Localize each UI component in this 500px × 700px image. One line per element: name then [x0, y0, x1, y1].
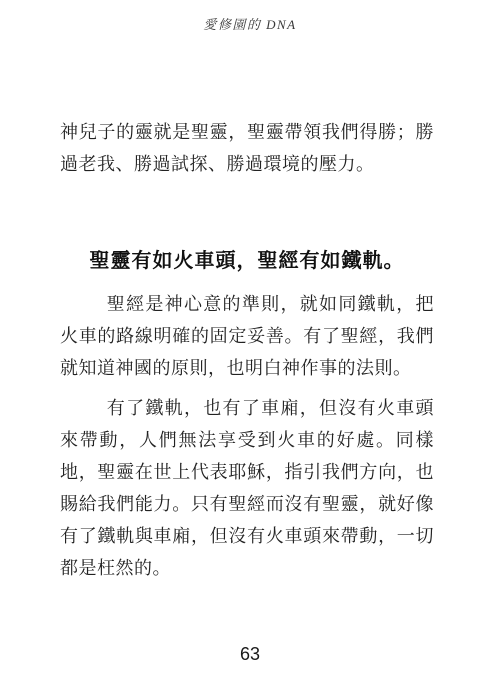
opening-paragraph: 神兒子的靈就是聖靈，聖靈帶領我們得勝；勝過老我、勝過試探、勝過環境的壓力。 — [60, 116, 434, 180]
section-heading: 聖靈有如火車頭，聖經有如鐵軌。 — [60, 244, 434, 278]
book-page: 愛修園的 DNA 神兒子的靈就是聖靈，聖靈帶領我們得勝；勝過老我、勝過試探、勝過… — [0, 0, 500, 700]
running-header: 愛修園的 DNA — [0, 14, 500, 33]
paragraph-2: 聖經是神心意的準則，就如同鐵軌，把火車的路線明確的固定妥善。有了聖經，我們就知道… — [60, 288, 434, 384]
page-content: 神兒子的靈就是聖靈，聖靈帶領我們得勝；勝過老我、勝過試探、勝過環境的壓力。 聖靈… — [60, 116, 434, 584]
paragraph-3: 有了鐵軌，也有了車廂，但沒有火車頭來帶動，人們無法享受到火車的好處。同樣地，聖靈… — [60, 392, 434, 584]
page-number: 63 — [0, 644, 500, 665]
